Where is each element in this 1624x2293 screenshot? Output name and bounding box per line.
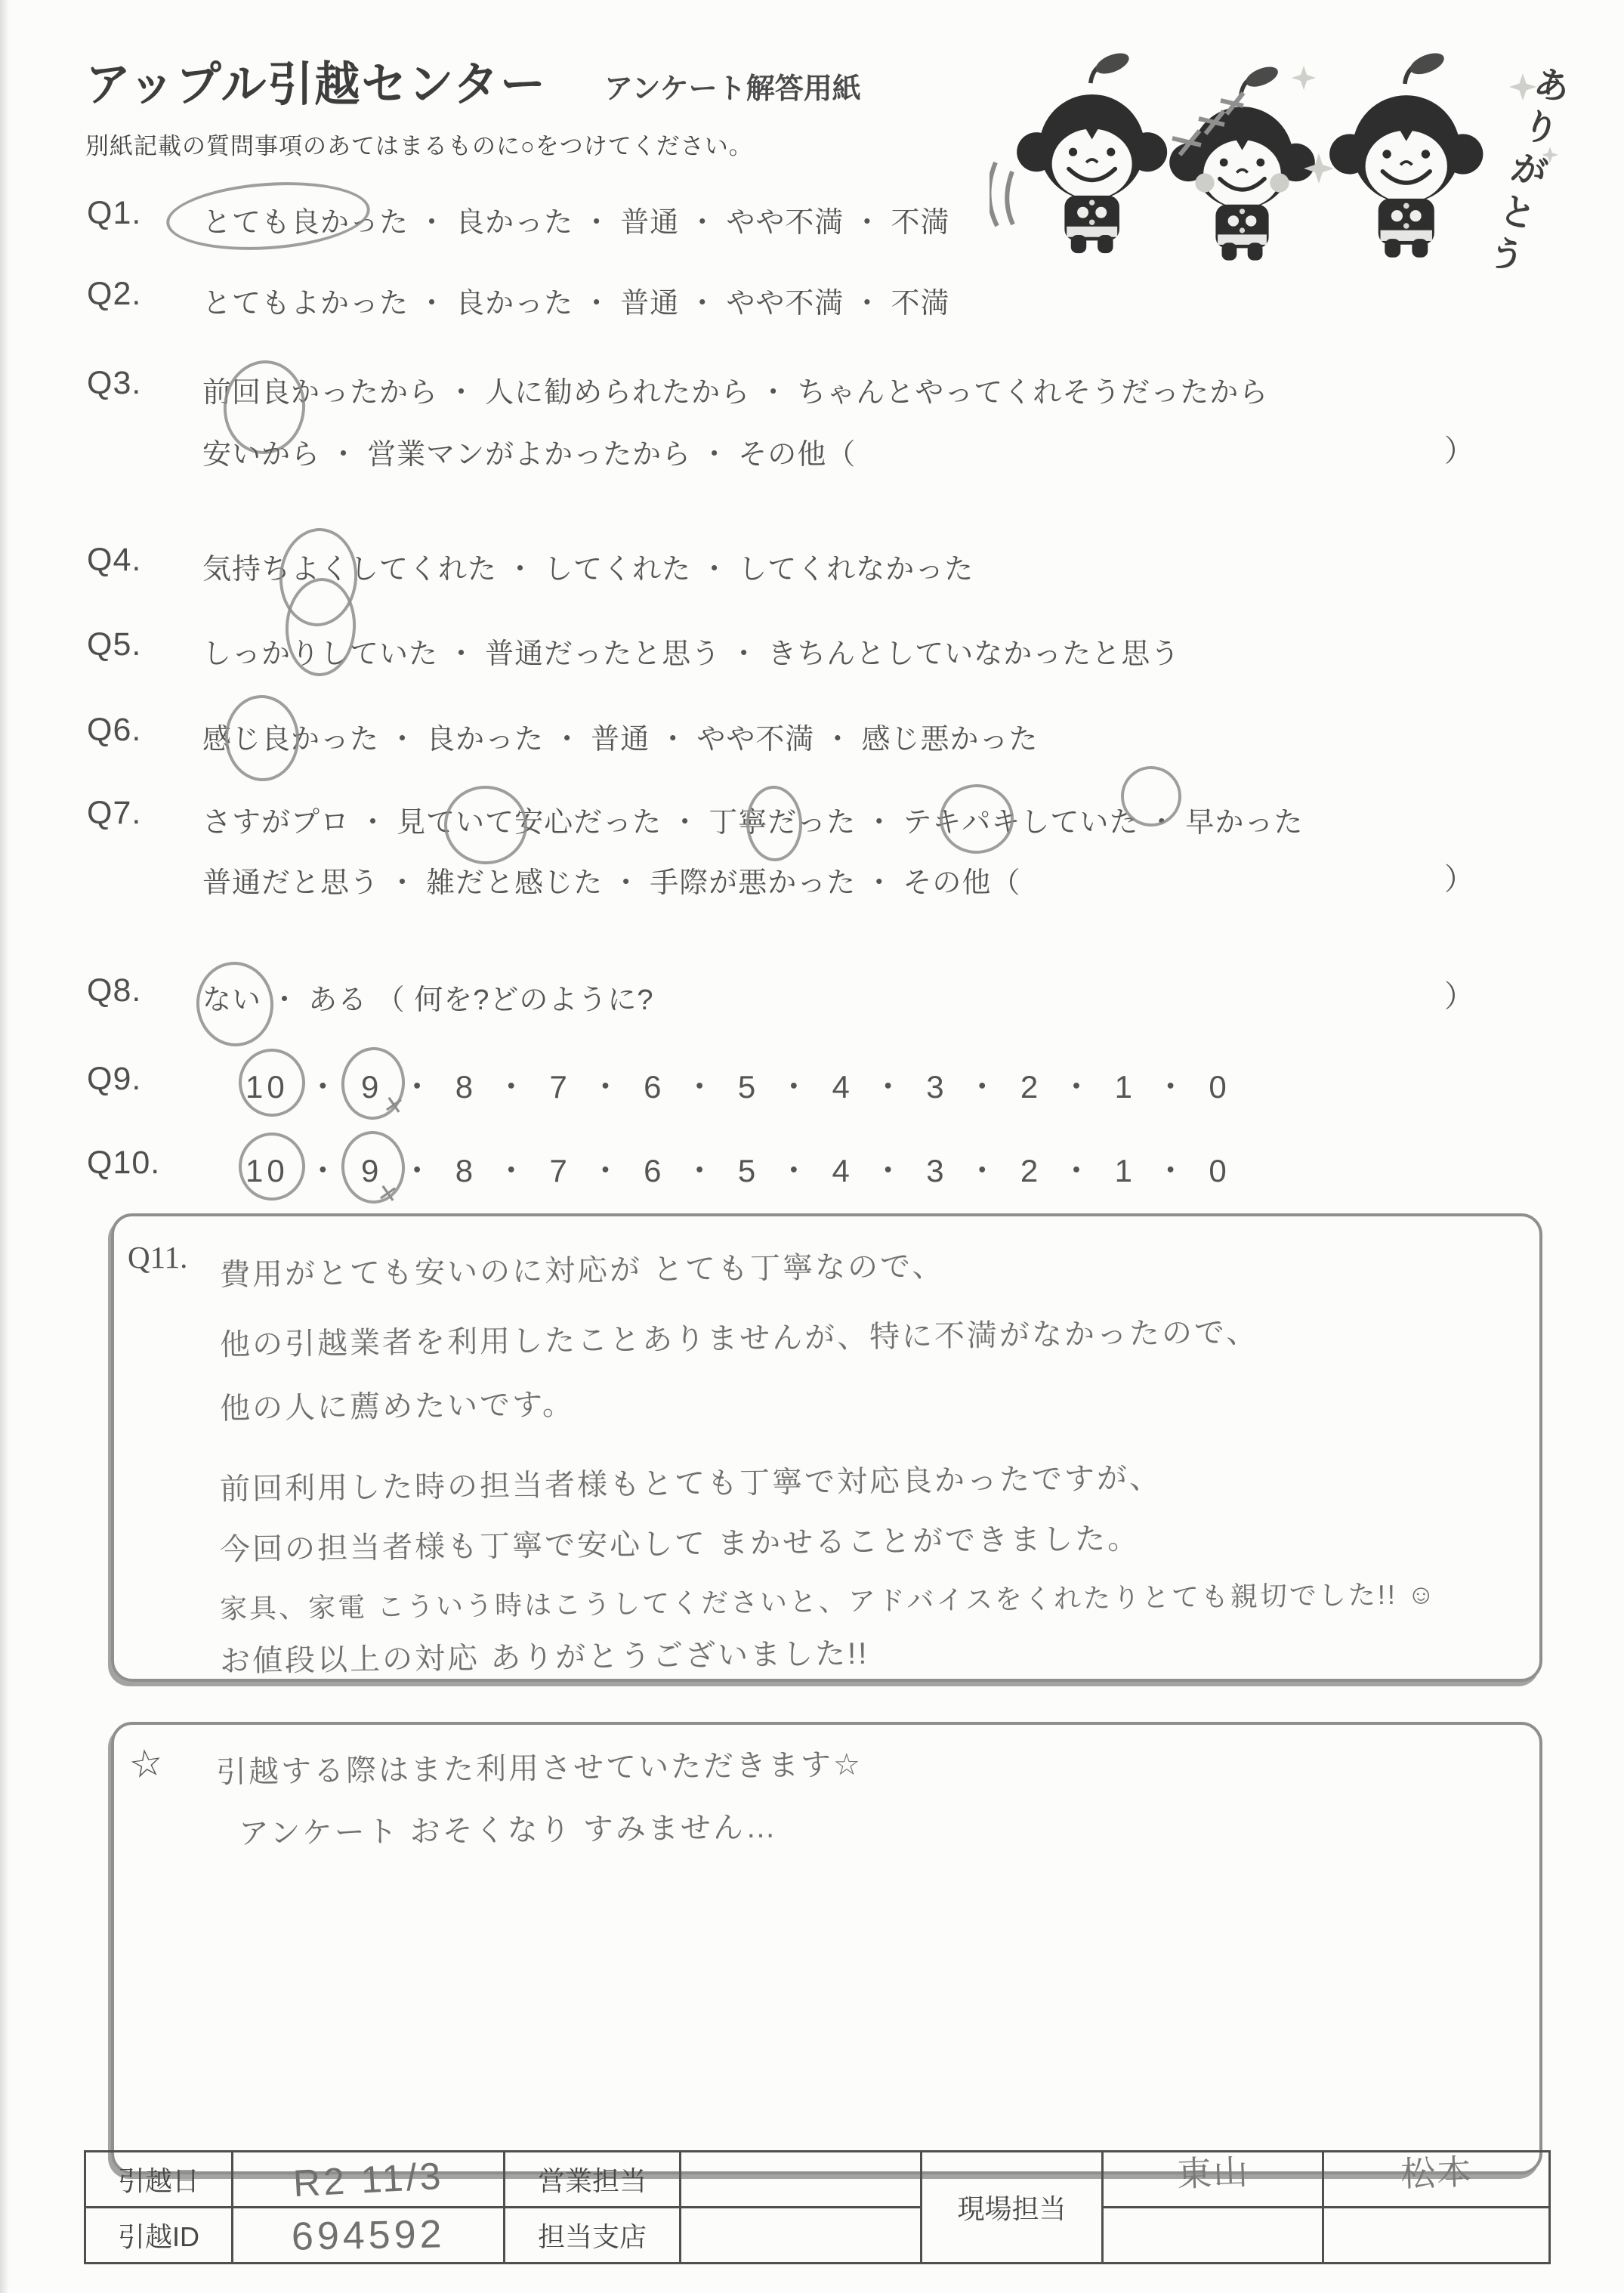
survey-answer-sheet: アップル引越センター アンケート解答用紙 別紙記載の質問事項のあてはまるものに○… bbox=[0, 0, 1624, 2293]
q7-label: Q7. bbox=[87, 795, 141, 832]
question-q6: Q6. 感じ良かった ・ 良かった ・ 普通 ・ やや不満 ・ 感じ悪かった bbox=[0, 712, 1624, 756]
field-staff-signature-2: 松本 bbox=[1399, 2144, 1473, 2196]
comment-handwritten-line-1: 引越する際はまた利用させていただきます☆ bbox=[216, 1741, 863, 1791]
question-q2: Q2. とてもよかった ・ 良かった ・ 普通 ・ やや不満 ・ 不満 bbox=[0, 276, 1624, 320]
q7-circle-mark-2 bbox=[745, 785, 803, 863]
star-doodle: ☆ bbox=[126, 1739, 168, 1788]
question-q8: Q8. ない ・ ある （ 何を?どのように? ） bbox=[0, 972, 1624, 1016]
q2-options: とてもよかった ・ 良かった ・ 普通 ・ やや不満 ・ 不満 bbox=[202, 280, 949, 321]
q1-circle-mark bbox=[164, 176, 372, 257]
footer-row-1: 引越日 R2 11/3 営業担当 現場担当 東山 松本 bbox=[85, 2152, 1550, 2208]
move-id-handwritten: 694592 bbox=[291, 2211, 446, 2260]
question-q4: Q4. 気持ちよくしてくれた ・ してくれた ・ してくれなかった bbox=[0, 542, 1624, 586]
free-comment-box: ☆ 引越する際はまた利用させていただきます☆ アンケート おそくなり すみません… bbox=[111, 1722, 1542, 2174]
sheet-subtitle: アンケート解答用紙 bbox=[604, 65, 861, 107]
q3-options-line2: 安いから ・ 営業マンがよかったから ・ その他（ bbox=[202, 431, 856, 472]
q6-options: 感じ良かった ・ 良かった ・ 普通 ・ やや不満 ・ 感じ悪かった bbox=[202, 715, 1038, 757]
q3-options-line1: 前回良かったから ・ 人に勧められたから ・ ちゃんとやってくれそうだったから bbox=[202, 369, 1268, 410]
footer-row-2: 引越ID 694592 担当支店 bbox=[85, 2208, 1550, 2264]
q3-close-paren: ） bbox=[1444, 427, 1474, 470]
sales-rep-label-cell: 営業担当 bbox=[505, 2152, 681, 2208]
question-q10: Q10. 10 ・ 9 ・ 8 ・ 7 ・ 6 ・ 5 ・ 4 ・ 3 ・ 2 … bbox=[0, 1145, 1624, 1188]
branch-value-cell bbox=[681, 2208, 922, 2264]
q1-label: Q1. bbox=[87, 195, 141, 232]
instruction-text: 別紙記載の質問事項のあてはまるものに○をつけてください。 bbox=[85, 127, 753, 161]
q9-cross-out-mark: ✕ bbox=[381, 1089, 406, 1121]
q2-label: Q2. bbox=[87, 276, 141, 313]
field-staff-empty-cell-1 bbox=[1103, 2208, 1323, 2264]
q4-label: Q4. bbox=[87, 542, 141, 579]
q11-handwritten-line-3: 他の人に薦めたいです。 bbox=[220, 1380, 575, 1428]
q11-label: Q11. bbox=[128, 1239, 187, 1275]
question-q3-line1: Q3. 前回良かったから ・ 人に勧められたから ・ ちゃんとやってくれそうだっ… bbox=[0, 365, 1624, 409]
q7-options-line2: 普通だと思う ・ 雑だと感じた ・ 手際が悪かった ・ その他（ bbox=[202, 859, 1020, 901]
q8-close-paren: ） bbox=[1444, 972, 1474, 1015]
q11-handwritten-line-6: 家具、家電 こういう時はこうしてくださいと、アドバイスをくれたりとても親切でした… bbox=[220, 1573, 1437, 1627]
footer-info-table: 引越日 R2 11/3 営業担当 現場担当 東山 松本 引越ID 694592 … bbox=[84, 2150, 1551, 2264]
q11-handwritten-line-5: 今回の担当者様も丁寧で安心して まかせることができました。 bbox=[220, 1515, 1141, 1569]
q10-circle-mark-10 bbox=[237, 1131, 307, 1202]
move-date-label-cell: 引越日 bbox=[85, 2152, 233, 2208]
q8-circle-mark bbox=[193, 959, 276, 1049]
field-staff-name-cell-2: 松本 bbox=[1323, 2152, 1550, 2208]
question-q7-line2: 普通だと思う ・ 雑だと感じた ・ 手際が悪かった ・ その他（ ） bbox=[0, 855, 1624, 899]
move-id-value-cell: 694592 bbox=[233, 2208, 505, 2264]
sales-rep-value-cell bbox=[681, 2152, 922, 2208]
field-staff-name-cell-1: 東山 bbox=[1103, 2152, 1323, 2208]
q3-label: Q3. bbox=[87, 365, 141, 402]
q9-label: Q9. bbox=[87, 1061, 141, 1098]
move-id-label-cell: 引越ID bbox=[85, 2208, 233, 2264]
q9-circle-mark-10 bbox=[236, 1046, 307, 1119]
move-date-handwritten: R2 11/3 bbox=[292, 2153, 444, 2205]
q10-cross-out-mark: ✕ bbox=[375, 1178, 400, 1210]
move-date-value-cell: R2 11/3 bbox=[233, 2152, 505, 2208]
field-staff-signature-1: 東山 bbox=[1175, 2144, 1249, 2196]
q11-handwritten-line-7: お値段以上の対応 ありがとうございました!! bbox=[220, 1630, 869, 1680]
question-q9: Q9. 10 ・ 9 ・ 8 ・ 7 ・ 6 ・ 5 ・ 4 ・ 3 ・ 2 ・… bbox=[0, 1061, 1624, 1105]
company-title: アップル引越センター bbox=[85, 47, 547, 114]
question-q3-line2: 安いから ・ 営業マンがよかったから ・ その他（ ） bbox=[0, 427, 1624, 471]
q11-answer-box: Q11. 費用がとても安いのに対応が とても丁寧なので、 他の引越業者を利用した… bbox=[111, 1213, 1542, 1682]
question-q5: Q5. しっかりしていた ・ 普通だったと思う ・ きちんとしていなかったと思う bbox=[0, 626, 1624, 670]
comment-handwritten-line-2: アンケート おそくなり すみません… bbox=[239, 1803, 778, 1853]
q11-handwritten-line-1: 費用がとても安いのに対応が とても丁寧なので、 bbox=[220, 1242, 945, 1294]
q11-handwritten-line-4: 前回利用した時の担当者様もとても丁寧で対応良かったですが、 bbox=[220, 1454, 1162, 1508]
branch-label-cell: 担当支店 bbox=[505, 2208, 681, 2264]
q6-label: Q6. bbox=[87, 712, 141, 749]
q5-label: Q5. bbox=[87, 626, 141, 663]
q7-circle-mark-1 bbox=[442, 783, 530, 867]
q7-circle-mark-3 bbox=[938, 782, 1016, 855]
q8-label: Q8. bbox=[87, 972, 141, 1009]
q11-handwritten-line-2: 他の引越業者を利用したことありませんが、特に不満がなかったので、 bbox=[220, 1309, 1259, 1364]
field-staff-empty-cell-2 bbox=[1323, 2208, 1550, 2264]
field-staff-label-cell: 現場担当 bbox=[922, 2152, 1103, 2264]
question-q7-line1: Q7. さすがプロ ・ 見ていて安心だった ・ 丁寧だった ・ テキパキしていた… bbox=[0, 795, 1624, 839]
q6-circle-mark bbox=[223, 694, 301, 783]
q10-label: Q10. bbox=[87, 1145, 160, 1182]
q7-close-paren: ） bbox=[1444, 855, 1474, 898]
question-q1: Q1. とても良かった ・ 良かった ・ 普通 ・ やや不満 ・ 不満 bbox=[0, 195, 1624, 239]
